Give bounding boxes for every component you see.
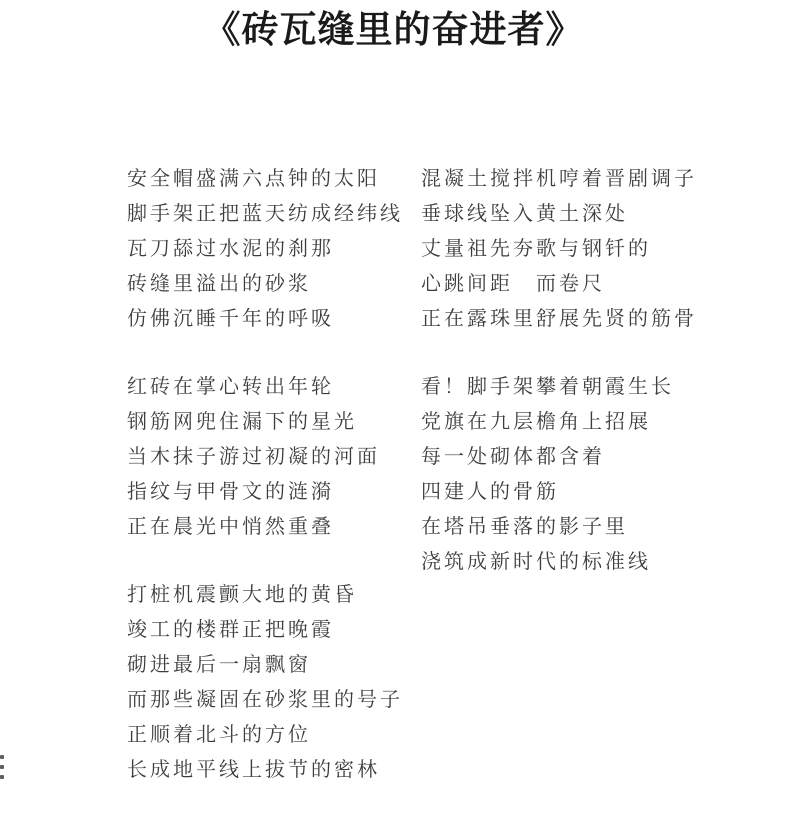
poem-line: 钢筋网兜住漏下的星光 [127, 405, 417, 440]
poem-line: 指纹与甲骨文的涟漪 [127, 475, 417, 510]
poem-line: 看！脚手架攀着朝霞生长 [421, 370, 721, 405]
poem-line: 长成地平线上拔节的密林 [127, 753, 417, 788]
page-header: 《砖瓦缝里的奋进者》 [0, 4, 787, 58]
poem-line: 安全帽盛满六点钟的太阳 [127, 162, 417, 197]
poem-line: 砌进最后一扇飘窗 [127, 648, 417, 683]
poem-line: 当木抹子游过初凝的河面 [127, 440, 417, 475]
dot [0, 775, 4, 779]
document-page: { "poem": { "title": "《砖瓦缝里的奋进者》", "colu… [0, 0, 787, 824]
dot [0, 755, 4, 759]
poem-stanza: 混凝土搅拌机哼着晋剧调子垂球线坠入黄土深处丈量祖先夯歌与钢钎的心跳间距 而卷尺正… [421, 162, 721, 337]
poem-line: 正在露珠里舒展先贤的筋骨 [421, 302, 721, 337]
poem-line: 而那些凝固在砂浆里的号子 [127, 683, 417, 718]
poem-line: 浇筑成新时代的标准线 [421, 545, 721, 580]
poem-stanza: 安全帽盛满六点钟的太阳脚手架正把蓝天纺成经纬线瓦刀舔过水泥的刹那砖缝里溢出的砂浆… [127, 162, 417, 337]
poem-line: 竣工的楼群正把晚霞 [127, 613, 417, 648]
poem-line: 心跳间距 而卷尺 [421, 267, 721, 302]
poem-line: 瓦刀舔过水泥的刹那 [127, 232, 417, 267]
poem-line: 打桩机震颤大地的黄昏 [127, 578, 417, 613]
poem-line: 正在晨光中悄然重叠 [127, 510, 417, 545]
poem-line: 丈量祖先夯歌与钢钎的 [421, 232, 721, 267]
poem-line: 党旗在九层檐角上招展 [421, 405, 721, 440]
poem-column-left: 安全帽盛满六点钟的太阳脚手架正把蓝天纺成经纬线瓦刀舔过水泥的刹那砖缝里溢出的砂浆… [127, 162, 417, 821]
poem-line: 混凝土搅拌机哼着晋剧调子 [421, 162, 721, 197]
poem-line: 垂球线坠入黄土深处 [421, 197, 721, 232]
edge-vertical-dots-icon[interactable] [0, 755, 4, 781]
poem-line: 每一处砌体都含着 [421, 440, 721, 475]
poem-line: 四建人的骨筋 [421, 475, 721, 510]
poem-line: 正顺着北斗的方位 [127, 718, 417, 753]
poem-column-right: 混凝土搅拌机哼着晋剧调子垂球线坠入黄土深处丈量祖先夯歌与钢钎的心跳间距 而卷尺正… [421, 162, 721, 613]
poem-line: 红砖在掌心转出年轮 [127, 370, 417, 405]
poem-line: 脚手架正把蓝天纺成经纬线 [127, 197, 417, 232]
poem-line: 砖缝里溢出的砂浆 [127, 267, 417, 302]
poem-title: 《砖瓦缝里的奋进者》 [0, 4, 787, 58]
poem-stanza: 打桩机震颤大地的黄昏竣工的楼群正把晚霞砌进最后一扇飘窗而那些凝固在砂浆里的号子正… [127, 578, 417, 788]
poem-stanza: 红砖在掌心转出年轮钢筋网兜住漏下的星光当木抹子游过初凝的河面指纹与甲骨文的涟漪正… [127, 370, 417, 545]
poem-line: 在塔吊垂落的影子里 [421, 510, 721, 545]
dot [0, 765, 4, 769]
poem-line: 仿佛沉睡千年的呼吸 [127, 302, 417, 337]
poem-stanza: 看！脚手架攀着朝霞生长党旗在九层檐角上招展每一处砌体都含着四建人的骨筋在塔吊垂落… [421, 370, 721, 580]
